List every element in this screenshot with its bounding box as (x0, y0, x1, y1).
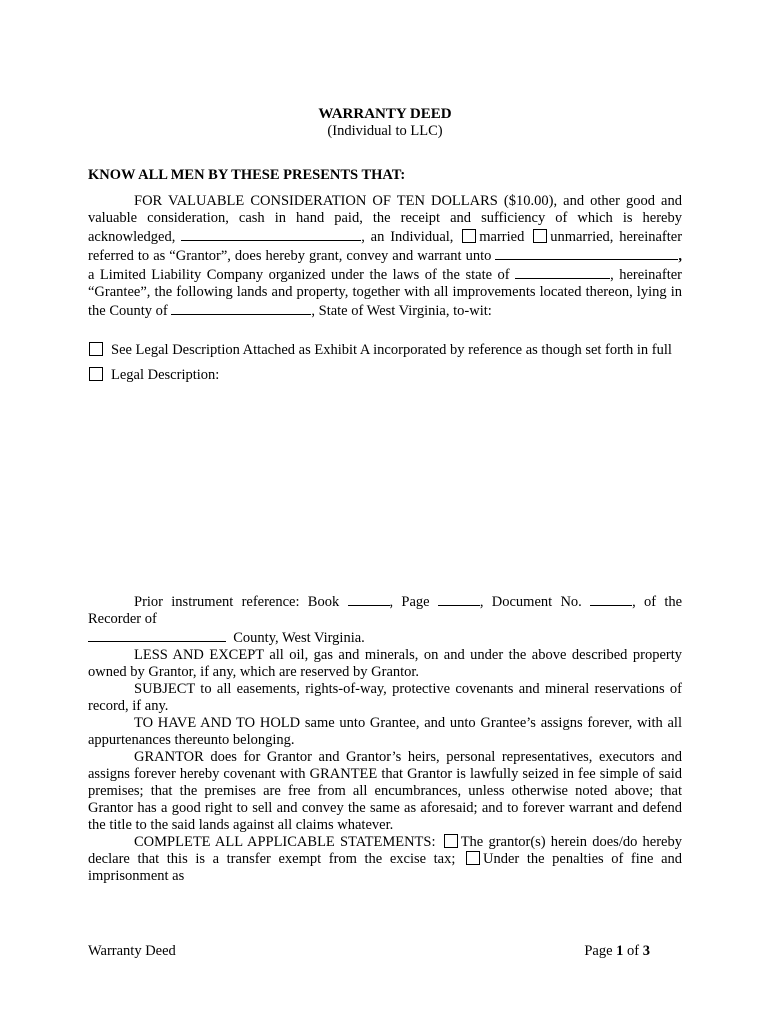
legal-description-option-row: Legal Description: (88, 367, 682, 384)
book-blank[interactable] (348, 592, 390, 606)
title-block: WARRANTY DEED (Individual to LLC) (88, 106, 682, 140)
document-page: WARRANTY DEED (Individual to LLC) KNOW A… (0, 0, 770, 1024)
prior-reference-paragraph: Prior instrument reference: Book , Page … (88, 592, 682, 647)
footer-of-label: of (627, 943, 639, 959)
excise-exempt-checkbox[interactable] (444, 834, 458, 848)
footer-page-indicator: Page 1 of 3 (584, 943, 650, 960)
exhibit-a-option-row: See Legal Description Attached as Exhibi… (88, 342, 682, 359)
prior-ref-county-line: County, West Virginia. (233, 630, 365, 646)
married-checkbox[interactable] (462, 229, 476, 243)
page-blank[interactable] (438, 592, 480, 606)
statements-paragraph: COMPLETE ALL APPLICABLE STATEMENTS: The … (88, 834, 682, 885)
individual-clause: , an Individual, (361, 229, 453, 245)
penalties-checkbox[interactable] (466, 851, 480, 865)
grantor-name-blank[interactable] (181, 227, 361, 241)
covenant-paragraph: GRANTOR does for Grantor and Grantor’s h… (88, 749, 682, 834)
married-label: married (479, 229, 524, 245)
prior-ref-docno: , Document No. (480, 594, 582, 610)
document-title: WARRANTY DEED (88, 106, 682, 123)
habendum-paragraph: TO HAVE AND TO HOLD same unto Grantee, a… (88, 715, 682, 749)
bold-comma: , (678, 248, 682, 264)
document-subtitle: (Individual to LLC) (88, 123, 682, 140)
prior-ref-page: , Page (390, 594, 430, 610)
legal-description-write-in-area[interactable] (88, 384, 682, 592)
consideration-paragraph: FOR VALUABLE CONSIDERATION OF TEN DOLLAR… (88, 193, 682, 320)
exhibit-a-label: See Legal Description Attached as Exhibi… (111, 342, 672, 358)
less-except-paragraph: LESS AND EXCEPT all oil, gas and mineral… (88, 647, 682, 681)
document-no-blank[interactable] (590, 592, 632, 606)
legal-description-checkbox[interactable] (89, 367, 103, 381)
subject-paragraph: SUBJECT to all easements, rights-of-way,… (88, 681, 682, 715)
exhibit-a-checkbox[interactable] (89, 342, 103, 356)
legal-description-label: Legal Description: (111, 367, 219, 383)
footer-page-total: 3 (643, 943, 650, 959)
recorder-county-blank[interactable] (88, 628, 226, 642)
prior-ref-book: Prior instrument reference: Book (134, 594, 339, 610)
unmarried-checkbox[interactable] (533, 229, 547, 243)
footer-page-label: Page (584, 943, 612, 959)
page-content: WARRANTY DEED (Individual to LLC) KNOW A… (88, 0, 682, 885)
grantee-name-blank[interactable] (495, 246, 678, 260)
statements-label: COMPLETE ALL APPLICABLE STATEMENTS: (134, 834, 436, 850)
page-footer: Warranty Deed Page 1 of 3 (88, 943, 650, 960)
closing-clause: , State of West Virginia, to-wit: (311, 303, 491, 319)
salutation-heading: KNOW ALL MEN BY THESE PRESENTS THAT: (88, 167, 682, 184)
state-blank[interactable] (515, 265, 610, 279)
footer-page-number: 1 (616, 943, 623, 959)
limited-liability-clause: a Limited Liability Company organized un… (88, 267, 510, 283)
county-blank[interactable] (171, 301, 311, 315)
footer-doc-name: Warranty Deed (88, 943, 176, 960)
